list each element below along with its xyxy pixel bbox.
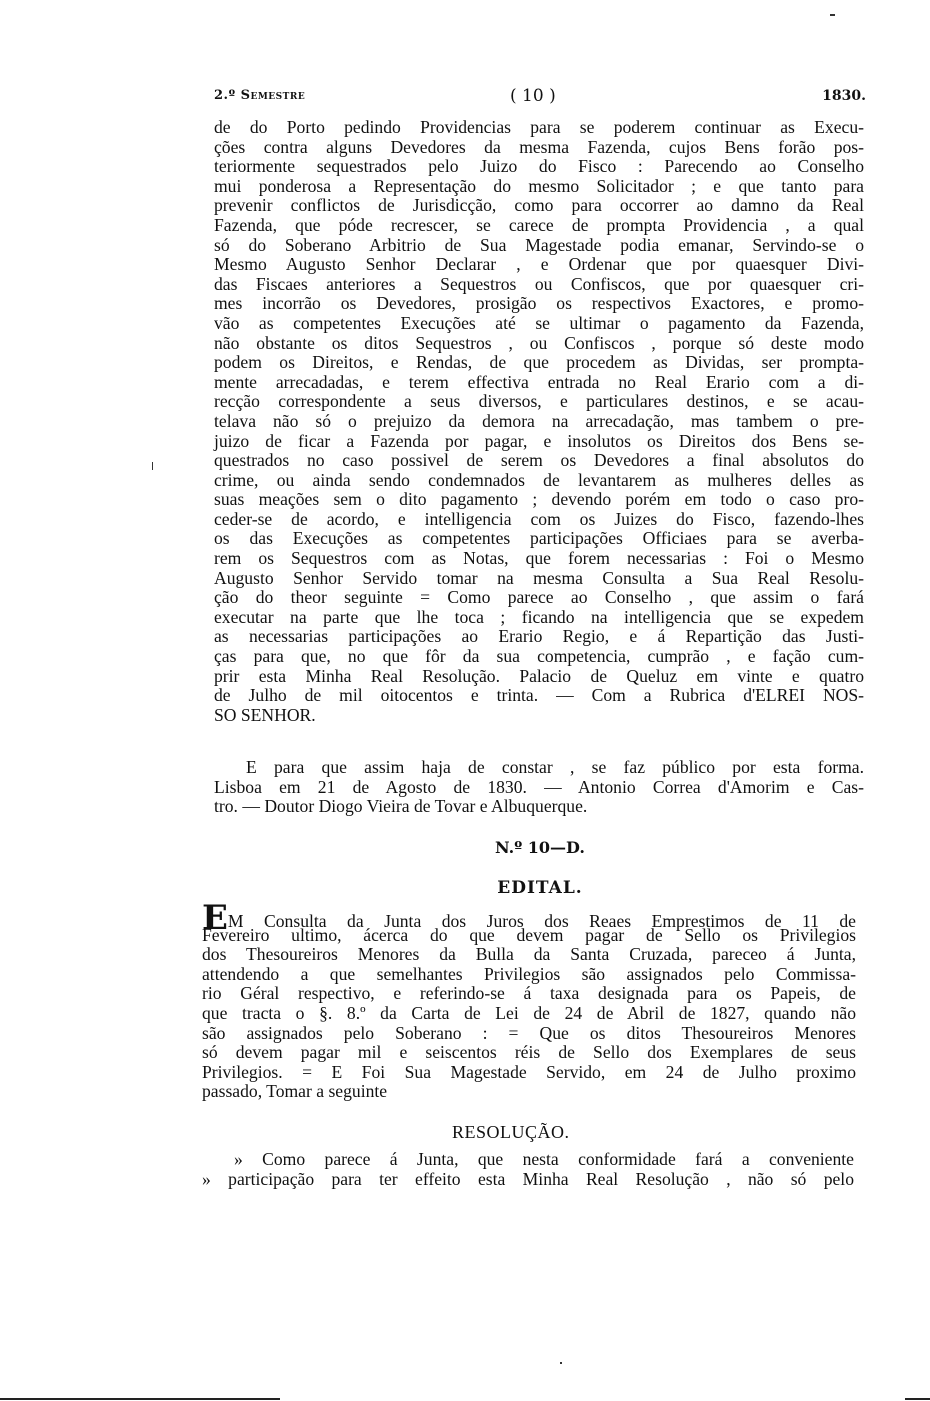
text-line: Fevereiro ultimo, ácerca do que devem pa… [202, 926, 856, 946]
text-line: ções contra alguns Devedores da mesma Fa… [214, 138, 864, 158]
scan-speck [560, 1362, 562, 1364]
text-line-first: EM Consulta da Junta dos Juros dos Reaes… [202, 906, 856, 926]
text-line: suas meações sem o dito pagamento ; deve… [214, 490, 864, 510]
text-line: » Como parece á Junta, que nesta conform… [202, 1150, 854, 1170]
section-title: EDITAL. [0, 878, 930, 898]
scan-edge-mark [905, 1398, 930, 1400]
text-line: prir esta Minha Real Resolução. Palacio … [214, 667, 864, 687]
closing-paragraph: E para que assim haja de constar , se fa… [214, 758, 864, 817]
text-line: vão as competentes Execuções até se ulti… [214, 314, 864, 334]
text-line: telava não só o prejuizo da demora na ar… [214, 412, 864, 432]
scan-edge-mark [0, 1398, 280, 1400]
text-line: mente arrecadadas, e terem effectiva ent… [214, 373, 864, 393]
running-head-year: 1830. [822, 88, 866, 104]
text-line: ção do theor seguinte = Como parece ao C… [214, 588, 864, 608]
text-line: executar na parte que lhe toca ; ficando… [214, 608, 864, 628]
running-head: 2.º Semestre ( 10 ) 1830. [214, 86, 866, 108]
resolution-title: RESOLUÇÃO. [452, 1122, 570, 1143]
text-line: passado, Tomar a seguinte [202, 1082, 856, 1102]
text-line: as necessarias participações ao Erario R… [214, 627, 864, 647]
section-number: N.º 10—D. [0, 838, 930, 857]
text-line: rem os Sequestros com as Notas, que fore… [214, 549, 864, 569]
resolution-paragraph: » Como parece á Junta, que nesta conform… [202, 1150, 854, 1189]
text-line: SO SENHOR. [214, 706, 864, 726]
edital-paragraph: EM Consulta da Junta dos Juros dos Reaes… [202, 906, 856, 1102]
text-line: prevenir conflictos de Jurisdicção, como… [214, 196, 864, 216]
text-line: attendendo a que semelhantes Privilegios… [202, 965, 856, 985]
text-line: Lisboa em 21 de Agosto de 1830. — Antoni… [214, 778, 864, 798]
text-line: Privilegios. = E Foi Sua Magestade Servi… [202, 1063, 856, 1083]
text-line: que tracta o §. 8.º da Carta de Lei de 2… [202, 1004, 856, 1024]
text-line: mui ponderosa a Representação do mesmo S… [214, 177, 864, 197]
text-line: os das Execuções as competentes particip… [214, 529, 864, 549]
text-line: teriormente sequestrados pelo Juizo do F… [214, 157, 864, 177]
text-line: Augusto Senhor Servido tomar na mesma Co… [214, 569, 864, 589]
page-number: ( 10 ) [510, 86, 556, 106]
text-line: mes incorrão os Devedores, prosigão os r… [214, 294, 864, 314]
text-line: são assignados pelo Soberano : = Que os … [202, 1024, 856, 1044]
text-line: questrados no caso possivel de serem os … [214, 451, 864, 471]
text-line: de do Porto pedindo Providencias para se… [214, 118, 864, 138]
text-line: crime, ou ainda sendo condemnados de lev… [214, 471, 864, 491]
text-line: só do Soberano Arbitrio de Sua Magestade… [214, 236, 864, 256]
body-paragraph-consulta: de do Porto pedindo Providencias para se… [214, 118, 864, 725]
text-line: só devem pagar mil e seiscentos réis de … [202, 1043, 856, 1063]
scan-speck [152, 462, 153, 470]
text-line: juizo de ficar a Fazenda por pagar, e in… [214, 432, 864, 452]
text-line: Mesmo Augusto Senhor Declarar , e Ordena… [214, 255, 864, 275]
running-head-semester: 2.º Semestre [214, 88, 305, 103]
text-line: Fazenda, que póde recrescer, se carece d… [214, 216, 864, 236]
text-line: ças para que, no que fôr da sua competen… [214, 647, 864, 667]
text-line: podem os Direitos, e Rendas, de que proc… [214, 353, 864, 373]
text-line: tro. — Doutor Diogo Vieira de Tovar e Al… [214, 797, 864, 817]
scan-speck [830, 14, 835, 16]
text-line: das Fiscaes anteriores a Sequestros ou C… [214, 275, 864, 295]
text-line: » participação para ter effeito esta Min… [202, 1170, 854, 1190]
text-line: de Julho de mil oitocentos e trinta. — C… [214, 686, 864, 706]
text-line: dos Thesoureiros Menores da Bulla da San… [202, 945, 856, 965]
text-line: não obstante os ditos Sequestros , ou Co… [214, 334, 864, 354]
text-line: ceder-se de acordo, e intelligencia com … [214, 510, 864, 530]
text-line: recção correspondente a seus diversos, e… [214, 392, 864, 412]
document-page: 2.º Semestre ( 10 ) 1830. de do Porto pe… [0, 0, 930, 1401]
text-line: E para que assim haja de constar , se fa… [214, 758, 864, 778]
text-line: rio Géral respectivo, e referindo-se á t… [202, 984, 856, 1004]
